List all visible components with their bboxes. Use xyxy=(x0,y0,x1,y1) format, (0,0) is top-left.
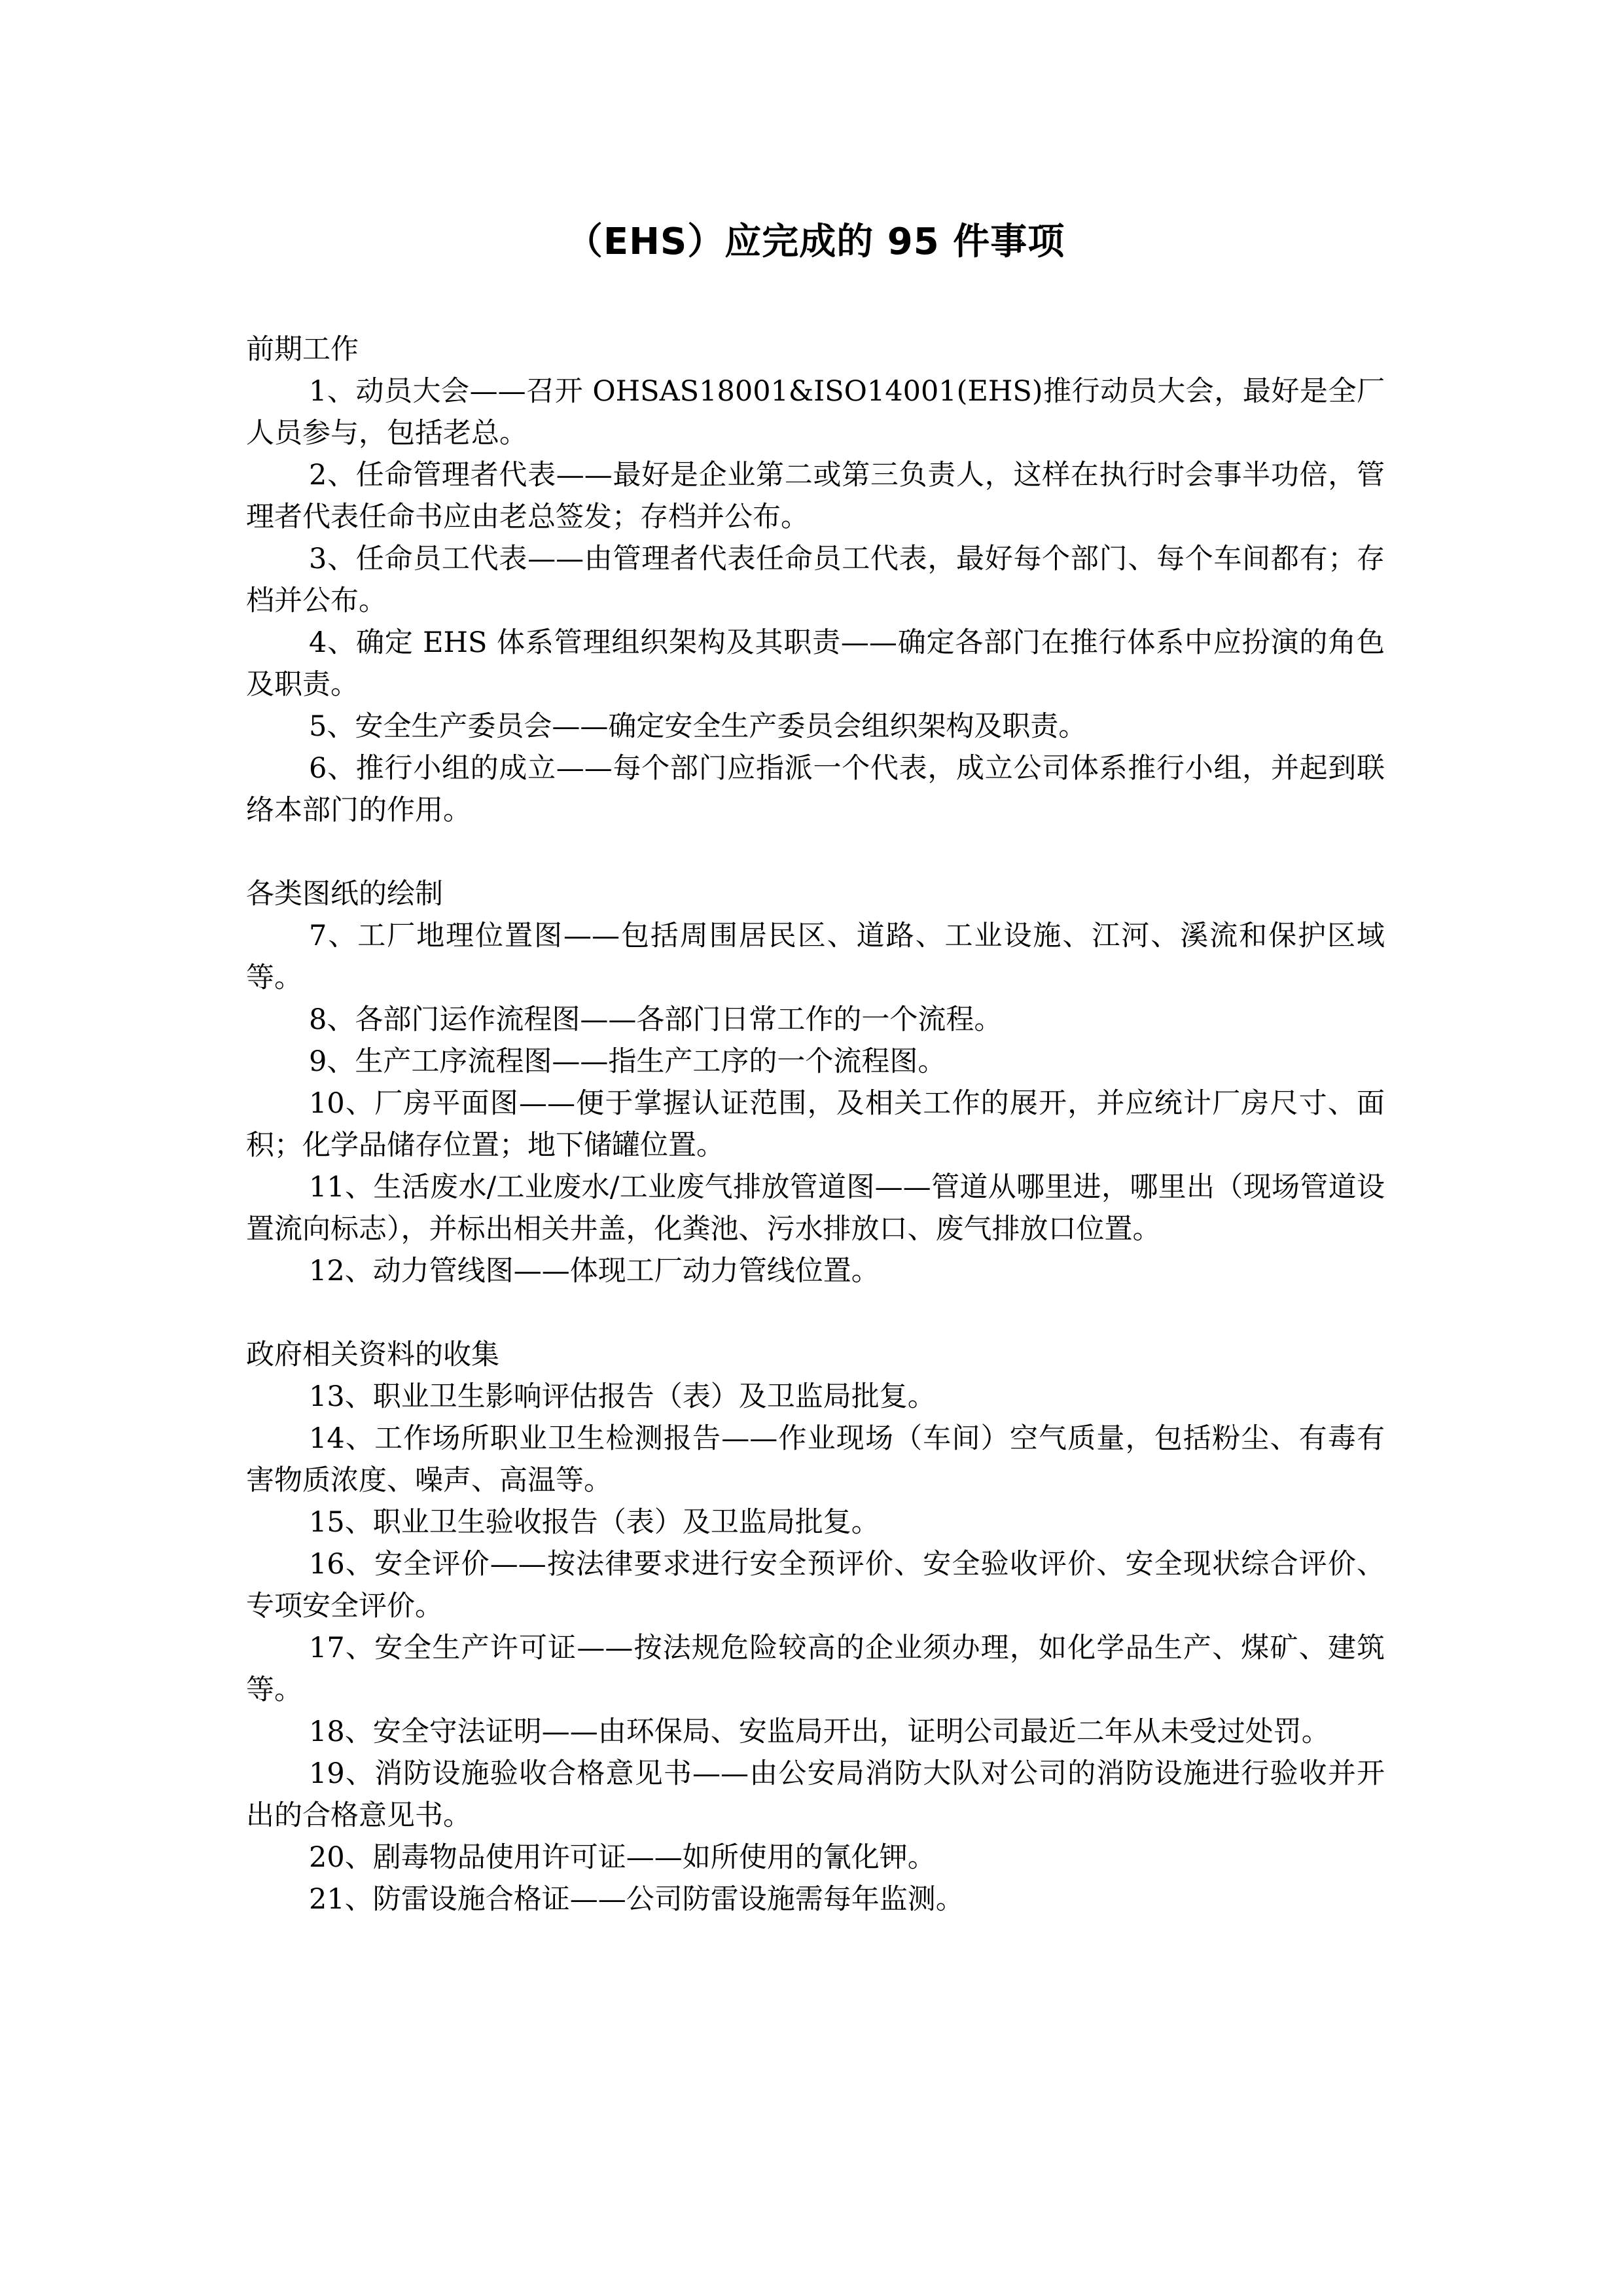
list-item: 2、任命管理者代表——最好是企业第二或第三负责人，这样在执行时会事半功倍，管理者… xyxy=(246,454,1385,538)
item-number: 16、 xyxy=(309,1548,374,1581)
item-text: 安全评价——按法律要求进行安全预评价、安全验收评价、安全现状综合评价、专项安全评… xyxy=(246,1548,1385,1623)
item-number: 3、 xyxy=(309,543,356,575)
list-item: 13、职业卫生影响评估报告（表）及卫监局批复。 xyxy=(246,1376,1385,1418)
item-text: 确定 EHS 体系管理组织架构及其职责——确定各部门在推行体系中应扮演的角色及职… xyxy=(246,626,1385,701)
item-text: 安全生产许可证——按法规危险较高的企业须办理，如化学品生产、煤矿、建筑等。 xyxy=(246,1632,1385,1706)
item-text: 生活废水/工业废水/工业废气排放管道图——管道从哪里进，哪里出（现场管道设置流向… xyxy=(246,1171,1385,1246)
item-number: 17、 xyxy=(309,1632,374,1664)
section-heading: 各类图纸的绘制 xyxy=(246,873,1385,915)
section-preliminary-work: 前期工作 1、动员大会——召开 OHSAS18001&ISO14001(EHS)… xyxy=(246,329,1385,831)
list-item: 3、任命员工代表——由管理者代表任命员工代表，最好每个部门、每个车间都有；存档并… xyxy=(246,538,1385,622)
item-number: 9、 xyxy=(309,1045,355,1078)
list-item: 14、工作场所职业卫生检测报告——作业现场（车间）空气质量，包括粉尘、有毒有害物… xyxy=(246,1418,1385,1501)
item-number: 2、 xyxy=(309,459,356,492)
item-text: 剧毒物品使用许可证——如所使用的氰化钾。 xyxy=(373,1841,936,1874)
item-number: 21、 xyxy=(309,1883,373,1916)
list-item: 1、动员大会——召开 OHSAS18001&ISO14001(EHS)推行动员大… xyxy=(246,370,1385,454)
item-number: 10、 xyxy=(309,1087,374,1120)
item-text: 职业卫生验收报告（表）及卫监局批复。 xyxy=(373,1506,880,1539)
item-number: 15、 xyxy=(309,1506,373,1539)
section-heading: 政府相关资料的收集 xyxy=(246,1334,1385,1376)
section-drawings: 各类图纸的绘制 7、工厂地理位置图——包括周围居民区、道路、工业设施、江河、溪流… xyxy=(246,873,1385,1292)
item-number: 11、 xyxy=(309,1171,373,1204)
list-item: 12、动力管线图——体现工厂动力管线位置。 xyxy=(246,1250,1385,1292)
item-number: 12、 xyxy=(309,1255,373,1287)
item-text: 厂房平面图——便于掌握认证范围，及相关工作的展开，并应统计厂房尺寸、面积；化学品… xyxy=(246,1087,1385,1162)
section-government-documents: 政府相关资料的收集 13、职业卫生影响评估报告（表）及卫监局批复。 14、工作场… xyxy=(246,1334,1385,1920)
list-item: 7、工厂地理位置图——包括周围居民区、道路、工业设施、江河、溪流和保护区域等。 xyxy=(246,915,1385,999)
list-item: 21、防雷设施合格证——公司防雷设施需每年监测。 xyxy=(246,1878,1385,1920)
list-item: 16、安全评价——按法律要求进行安全预评价、安全验收评价、安全现状综合评价、专项… xyxy=(246,1543,1385,1627)
item-text: 各部门运作流程图——各部门日常工作的一个流程。 xyxy=(355,1003,1002,1036)
item-text: 生产工序流程图——指生产工序的一个流程图。 xyxy=(355,1045,946,1078)
list-item: 20、剧毒物品使用许可证——如所使用的氰化钾。 xyxy=(246,1837,1385,1878)
item-number: 18、 xyxy=(309,1715,373,1748)
item-number: 4、 xyxy=(309,626,356,659)
document-title: （EHS）应完成的 95 件事项 xyxy=(246,216,1385,268)
item-number: 6、 xyxy=(309,752,356,785)
list-item: 17、安全生产许可证——按法规危险较高的企业须办理，如化学品生产、煤矿、建筑等。 xyxy=(246,1627,1385,1711)
section-heading: 前期工作 xyxy=(246,329,1385,370)
list-item: 4、确定 EHS 体系管理组织架构及其职责——确定各部门在推行体系中应扮演的角色… xyxy=(246,622,1385,706)
list-item: 9、生产工序流程图——指生产工序的一个流程图。 xyxy=(246,1041,1385,1083)
list-item: 5、安全生产委员会——确定安全生产委员会组织架构及职责。 xyxy=(246,706,1385,747)
item-number: 8、 xyxy=(309,1003,355,1036)
list-item: 8、各部门运作流程图——各部门日常工作的一个流程。 xyxy=(246,999,1385,1041)
list-item: 6、推行小组的成立——每个部门应指派一个代表，成立公司体系推行小组，并起到联络本… xyxy=(246,747,1385,831)
item-number: 1、 xyxy=(309,375,355,408)
item-number: 13、 xyxy=(309,1380,373,1413)
item-text: 动员大会——召开 OHSAS18001&ISO14001(EHS)推行动员大会，… xyxy=(246,375,1385,450)
item-number: 20、 xyxy=(309,1841,373,1874)
list-item: 11、生活废水/工业废水/工业废气排放管道图——管道从哪里进，哪里出（现场管道设… xyxy=(246,1166,1385,1250)
item-number: 5、 xyxy=(309,710,355,743)
item-text: 任命员工代表——由管理者代表任命员工代表，最好每个部门、每个车间都有；存档并公布… xyxy=(246,543,1385,617)
item-number: 19、 xyxy=(309,1757,374,1790)
item-text: 职业卫生影响评估报告（表）及卫监局批复。 xyxy=(373,1380,936,1413)
list-item: 10、厂房平面图——便于掌握认证范围，及相关工作的展开，并应统计厂房尺寸、面积；… xyxy=(246,1083,1385,1166)
list-item: 19、消防设施验收合格意见书——由公安局消防大队对公司的消防设施进行验收并开出的… xyxy=(246,1753,1385,1837)
list-item: 15、职业卫生验收报告（表）及卫监局批复。 xyxy=(246,1501,1385,1543)
item-text: 工作场所职业卫生检测报告——作业现场（车间）空气质量，包括粉尘、有毒有害物质浓度… xyxy=(246,1422,1385,1497)
item-text: 任命管理者代表——最好是企业第二或第三负责人，这样在执行时会事半功倍，管理者代表… xyxy=(246,459,1385,533)
item-text: 安全守法证明——由环保局、安监局开出，证明公司最近二年从未受过处罚。 xyxy=(373,1715,1330,1748)
item-text: 消防设施验收合格意见书——由公安局消防大队对公司的消防设施进行验收并开出的合格意… xyxy=(246,1757,1385,1832)
item-text: 推行小组的成立——每个部门应指派一个代表，成立公司体系推行小组，并起到联络本部门… xyxy=(246,752,1385,827)
item-text: 工厂地理位置图——包括周围居民区、道路、工业设施、江河、溪流和保护区域等。 xyxy=(246,920,1385,994)
item-number: 14、 xyxy=(309,1422,374,1455)
document-body: 前期工作 1、动员大会——召开 OHSAS18001&ISO14001(EHS)… xyxy=(246,329,1385,1920)
item-text: 安全生产委员会——确定安全生产委员会组织架构及职责。 xyxy=(355,710,1086,743)
list-item: 18、安全守法证明——由环保局、安监局开出，证明公司最近二年从未受过处罚。 xyxy=(246,1711,1385,1753)
item-number: 7、 xyxy=(309,920,357,952)
item-text: 动力管线图——体现工厂动力管线位置。 xyxy=(373,1255,880,1287)
item-text: 防雷设施合格证——公司防雷设施需每年监测。 xyxy=(373,1883,964,1916)
